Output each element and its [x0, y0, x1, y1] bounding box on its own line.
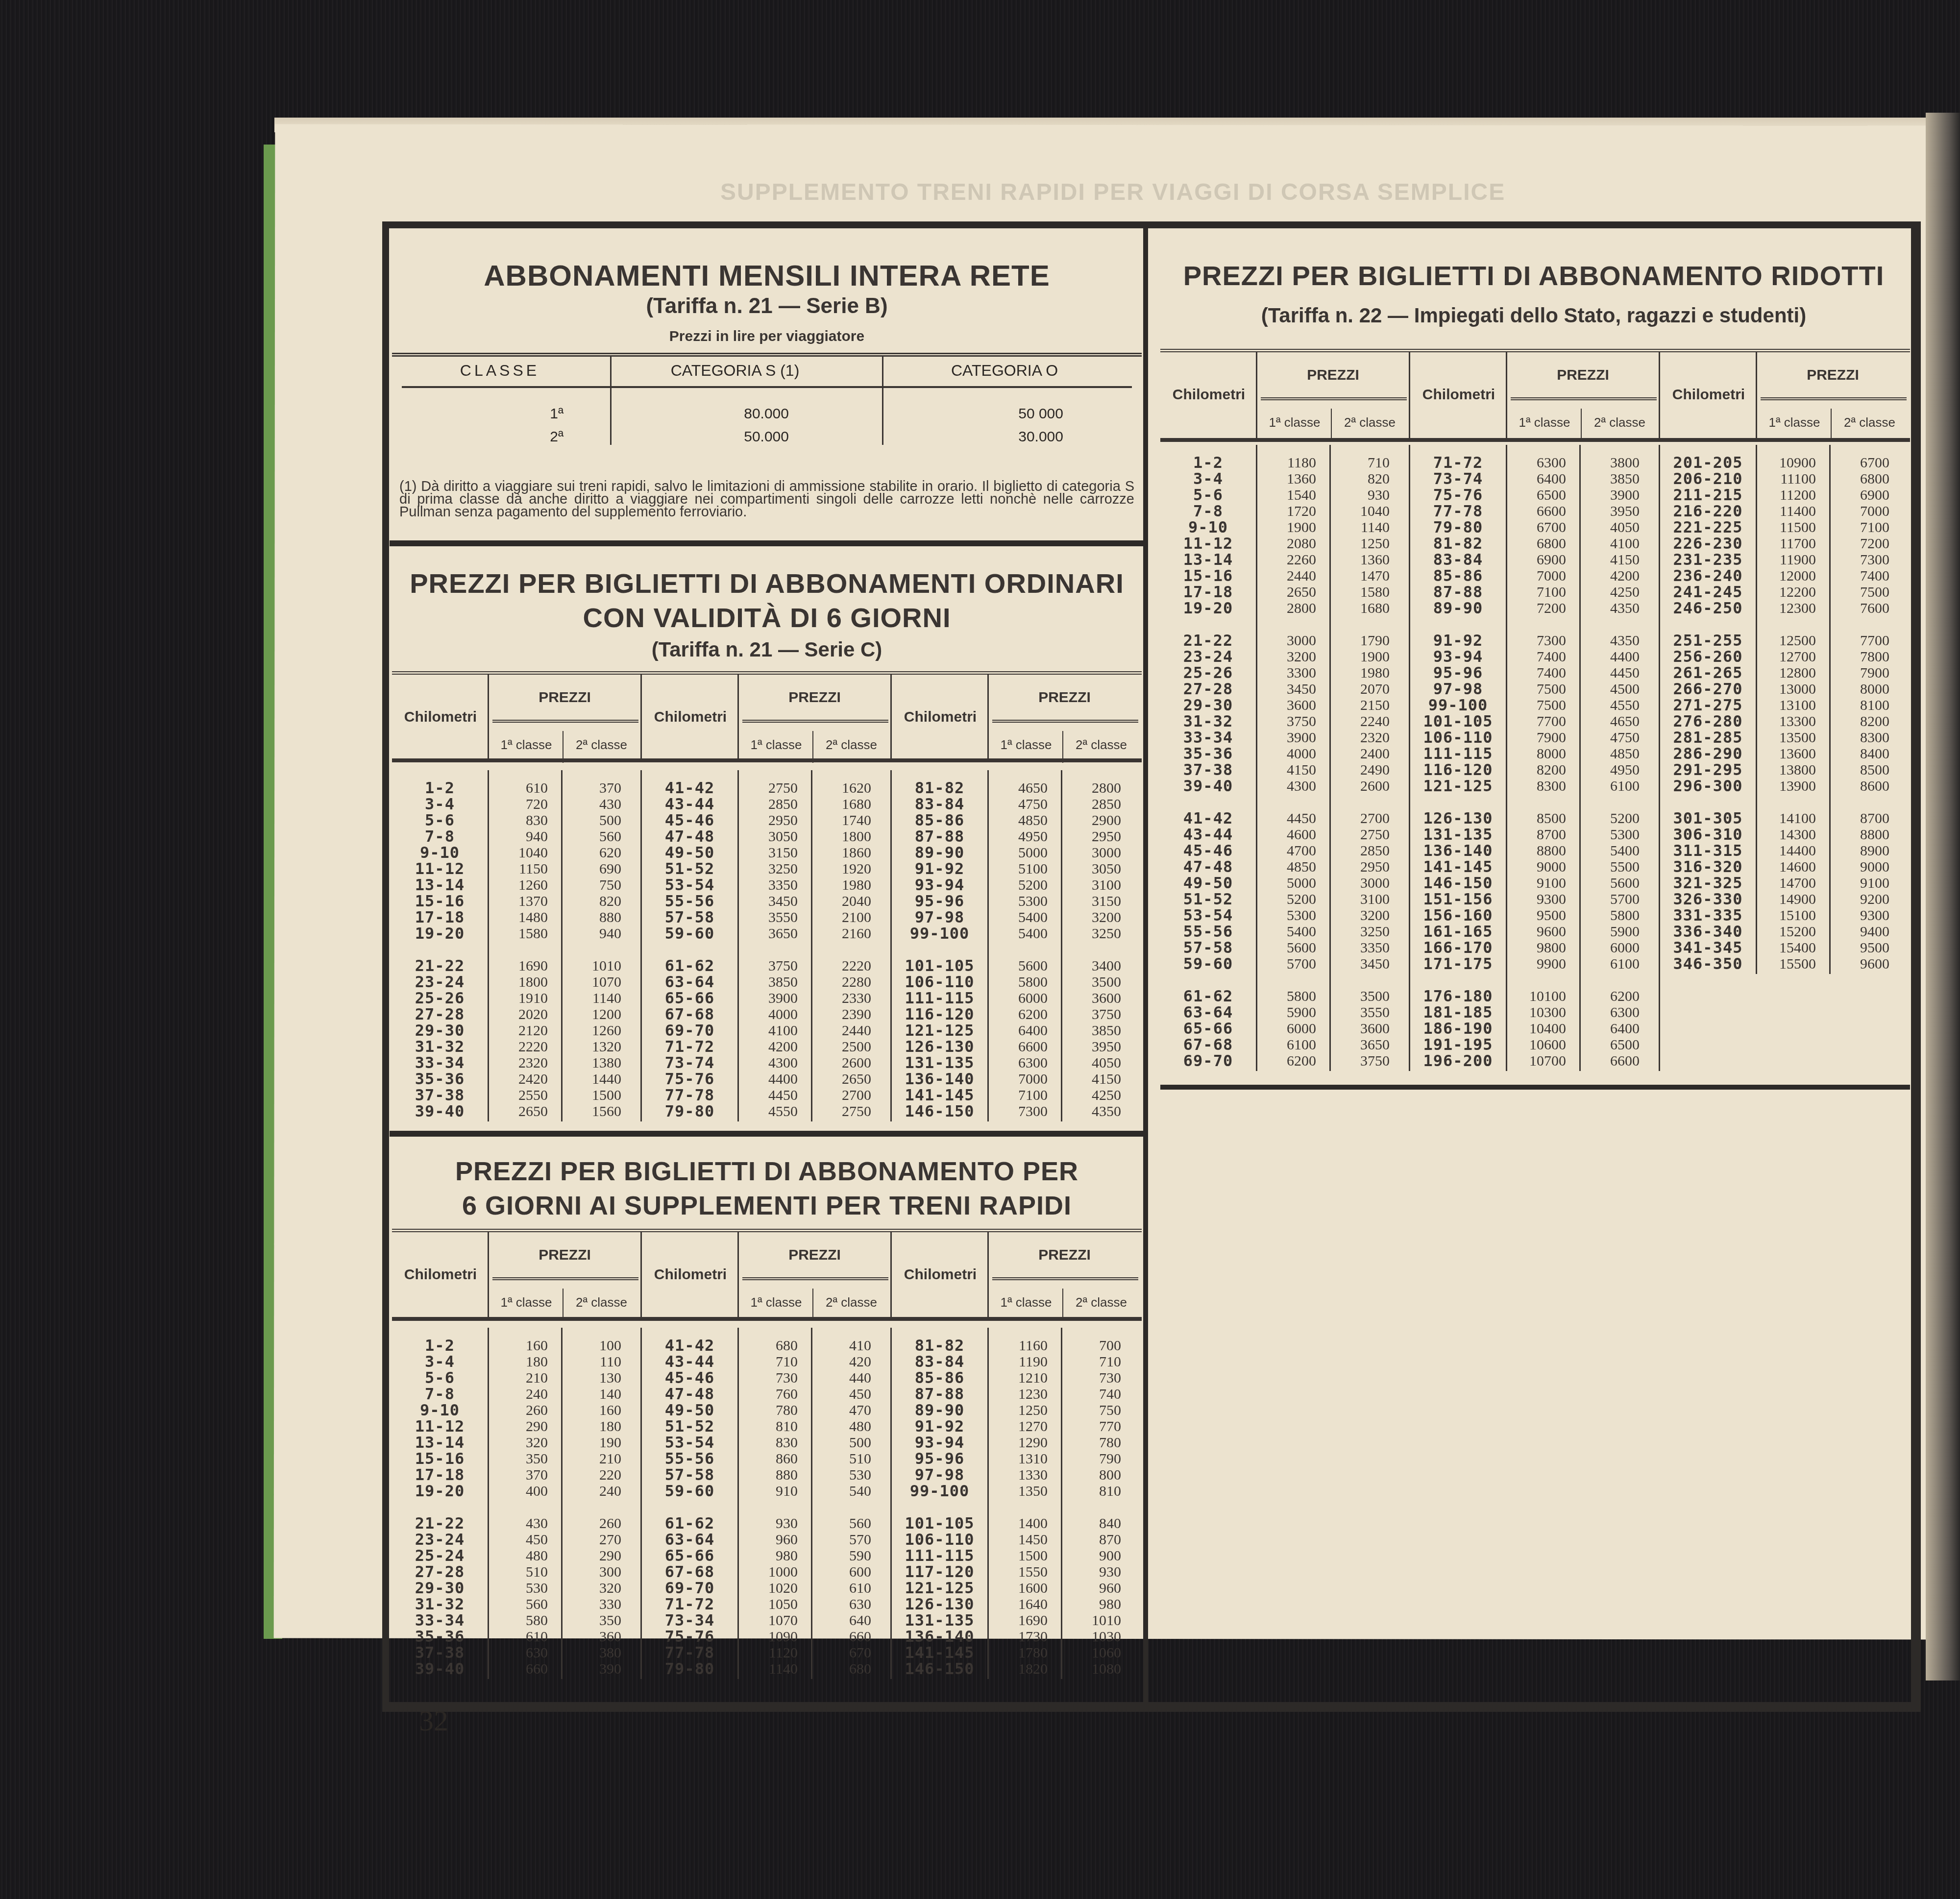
- table-cell: 37-38: [1160, 762, 1256, 778]
- table-cell: 85-86: [892, 812, 987, 828]
- row-spacer: [1660, 616, 1756, 633]
- table-cell: 1550: [990, 1564, 1048, 1580]
- table-cell: 6800: [1508, 536, 1566, 552]
- table-cell: 480: [490, 1548, 548, 1564]
- table-cell: 1360: [1258, 471, 1316, 487]
- table-cell: 43-44: [1160, 827, 1256, 843]
- table-cell: 1260: [490, 877, 548, 893]
- table-cell: 750: [563, 877, 621, 893]
- table-cell: 13100: [1758, 697, 1816, 713]
- table-cell: 1820: [990, 1661, 1048, 1677]
- table-cell: 331-335: [1660, 907, 1756, 924]
- table-cell: 6800: [1832, 471, 1889, 487]
- row-spacer: [642, 1499, 737, 1515]
- table-cell: 3000: [1258, 633, 1316, 649]
- header-2a-classe: 2ª classe: [563, 1295, 639, 1310]
- table-cell: 1400: [990, 1515, 1048, 1532]
- table-cell: 99-100: [1410, 697, 1506, 713]
- table-cell: 2020: [490, 1006, 548, 1023]
- mensili-header-classe: CLASSE: [416, 362, 583, 380]
- table-cell: 1480: [490, 909, 548, 925]
- header-col-rule: [737, 1232, 739, 1317]
- table-cell: 11100: [1758, 471, 1816, 487]
- table-cell: 4850: [1258, 859, 1316, 875]
- table-cell: 1210: [990, 1370, 1048, 1386]
- table-cell: 9-10: [392, 845, 488, 861]
- table-cell: 81-82: [892, 1338, 987, 1354]
- table-cell: 6300: [1508, 455, 1566, 471]
- table-cell: 7000: [1832, 503, 1889, 519]
- table-cell: 260: [563, 1515, 621, 1532]
- table-cell: 730: [1063, 1370, 1121, 1386]
- header-2a-classe: 2ª classe: [563, 737, 639, 753]
- ridotti-table-body: 1-23-45-67-89-1011-1213-1415-1617-1819-2…: [1160, 455, 1910, 1082]
- table-cell: 3050: [1063, 861, 1121, 877]
- row-spacer: [1160, 616, 1256, 633]
- table-cell: 700: [1063, 1338, 1121, 1354]
- table-cell: 1270: [990, 1418, 1048, 1435]
- table-cell: 2160: [813, 925, 871, 942]
- table-cell: 15100: [1758, 907, 1816, 924]
- table-cell: 1680: [1332, 600, 1390, 616]
- table-cell: 13500: [1758, 730, 1816, 746]
- table-cell: 2320: [1332, 730, 1390, 746]
- table-cell: 2600: [1332, 778, 1390, 794]
- table-cell: 69-70: [642, 1580, 737, 1596]
- table-cell: 141-145: [892, 1087, 987, 1103]
- header-col-rule: [737, 675, 739, 758]
- table-cell: 7100: [990, 1087, 1048, 1103]
- table-cell: 11400: [1758, 503, 1816, 519]
- table-cell: 350: [490, 1451, 548, 1467]
- table-cell: 7900: [1508, 730, 1566, 746]
- table-cell: 2400: [1332, 746, 1390, 762]
- table-cell: 660: [813, 1629, 871, 1645]
- table-cell: 9500: [1832, 940, 1889, 956]
- table-cell: 3-4: [1160, 471, 1256, 487]
- table-cell: 3-4: [392, 796, 488, 812]
- table-cell: 7700: [1832, 633, 1889, 649]
- table-cell: 7300: [1832, 552, 1889, 568]
- table-cell: 5200: [1258, 891, 1316, 907]
- table-cell: 330: [563, 1596, 621, 1612]
- table-cell: 5900: [1582, 924, 1640, 940]
- table-cell: 940: [563, 925, 621, 942]
- table-cell: 131-135: [892, 1612, 987, 1629]
- table-cell: 1260: [563, 1023, 621, 1039]
- table-cell: 73-74: [1410, 471, 1506, 487]
- table-cell: 81-82: [1410, 536, 1506, 552]
- table-cell: 8300: [1832, 730, 1889, 746]
- price-1a-column: 6107208309401040115012601370148015801690…: [490, 780, 548, 1120]
- column-rule: [987, 770, 989, 1121]
- table-cell: 2440: [1258, 568, 1316, 584]
- table-cell: 29-30: [392, 1023, 488, 1039]
- price-2a-column: 7007107307407507707807908008108408709009…: [1063, 1338, 1121, 1677]
- table-cell: 4150: [1063, 1071, 1121, 1087]
- header-double-rule: [492, 720, 638, 723]
- table-cell: 830: [490, 812, 548, 828]
- row-spacer: [1832, 616, 1889, 633]
- column-rule: [561, 770, 563, 1121]
- table-cell: 1580: [1332, 584, 1390, 600]
- table-cell: 87-88: [892, 1386, 987, 1402]
- table-cell: 91-92: [892, 1418, 987, 1435]
- header-col-rule: [890, 1232, 892, 1317]
- table-cell: 3850: [740, 974, 798, 990]
- row-spacer: [1758, 794, 1816, 810]
- header-chilometri: Chilometri: [894, 1266, 987, 1283]
- table-cell: 1470: [1332, 568, 1390, 584]
- row-spacer: [813, 1499, 871, 1515]
- table-cell: 2420: [490, 1071, 548, 1087]
- table-cell: 13-14: [392, 877, 488, 893]
- table-cell: 65-66: [642, 1548, 737, 1564]
- table-cell: 5400: [990, 925, 1048, 942]
- table-cell: 6300: [1582, 1004, 1640, 1021]
- table-cell: 6500: [1508, 487, 1566, 503]
- table-cell: 100: [563, 1338, 621, 1354]
- table-cell: 1350: [990, 1483, 1048, 1499]
- row-spacer: [1758, 616, 1816, 633]
- table-cell: 2150: [1332, 697, 1390, 713]
- table-cell: 216-220: [1660, 503, 1756, 519]
- table-cell: 4400: [1582, 649, 1640, 665]
- table-cell: 176-180: [1410, 988, 1506, 1004]
- section-separator: [390, 1131, 1144, 1137]
- table-cell: 59-60: [642, 925, 737, 942]
- mensili-col-divider: [882, 357, 883, 445]
- table-cell: 7400: [1508, 665, 1566, 681]
- row-spacer: [813, 942, 871, 958]
- table-cell: 3200: [1258, 649, 1316, 665]
- table-cell: 5800: [1582, 907, 1640, 924]
- header-1a-classe: 1ª classe: [490, 1295, 563, 1310]
- table-cell: 1980: [813, 877, 871, 893]
- table-cell: 45-46: [642, 1370, 737, 1386]
- table-cell: 39-40: [392, 1103, 488, 1120]
- table-cell: 55-56: [642, 1451, 737, 1467]
- table-cell: 83-84: [892, 1354, 987, 1370]
- table-cell: 350: [563, 1612, 621, 1629]
- row-spacer: [1258, 972, 1316, 988]
- column-rule: [737, 1328, 739, 1679]
- table-cell: 11700: [1758, 536, 1816, 552]
- price-2a-column: 4104204404504704805005105305405605705906…: [813, 1338, 871, 1677]
- table-cell: 1320: [563, 1039, 621, 1055]
- table-cell: 1060: [1063, 1645, 1121, 1661]
- table-cell: 960: [740, 1532, 798, 1548]
- table-cell: 1580: [490, 925, 548, 942]
- table-cell: 1250: [990, 1402, 1048, 1418]
- table-cell: 316-320: [1660, 859, 1756, 875]
- table-cell: 8100: [1832, 697, 1889, 713]
- table-cell: 3500: [1063, 974, 1121, 990]
- table-cell: 7500: [1832, 584, 1889, 600]
- table-cell: 55-56: [642, 893, 737, 909]
- table-cell: 49-50: [642, 845, 737, 861]
- table-cell: 810: [740, 1418, 798, 1435]
- table-cell: 2950: [1332, 859, 1390, 875]
- table-cell: 380: [563, 1645, 621, 1661]
- table-cell: 1800: [813, 828, 871, 845]
- table-cell: 7600: [1832, 600, 1889, 616]
- table-cell: 13000: [1758, 681, 1816, 697]
- table-cell: 2490: [1332, 762, 1390, 778]
- table-cell: 7000: [990, 1071, 1048, 1087]
- table-cell: 5300: [1582, 827, 1640, 843]
- table-cell: 111-115: [892, 1548, 987, 1564]
- row-spacer: [1160, 972, 1256, 988]
- price-2a-column: 2800285029002950300030503100315032003250…: [1063, 780, 1121, 1120]
- table-cell: 3150: [1063, 893, 1121, 909]
- table-cell: 99-100: [892, 1483, 987, 1499]
- table-cell: 6300: [990, 1055, 1048, 1071]
- table-cell: 311-315: [1660, 843, 1756, 859]
- table-cell: 266-270: [1660, 681, 1756, 697]
- table-cell: 980: [740, 1548, 798, 1564]
- table-cell: 59-60: [642, 1483, 737, 1499]
- table-cell: 3400: [1063, 958, 1121, 974]
- table-cell: 2750: [740, 780, 798, 796]
- table-cell: 83-84: [1410, 552, 1506, 568]
- table-cell: 27-28: [392, 1006, 488, 1023]
- table-cell: 730: [740, 1370, 798, 1386]
- table-cell: 1680: [813, 796, 871, 812]
- table-cell: 346-350: [1660, 956, 1756, 972]
- header-prezzi: PREZZI: [990, 689, 1139, 706]
- table-cell: 281-285: [1660, 730, 1756, 746]
- row-spacer: [740, 942, 798, 958]
- table-cell: 166-170: [1410, 940, 1506, 956]
- table-cell: 23-24: [392, 974, 488, 990]
- column-rule: [1579, 445, 1581, 1071]
- table-cell: 13-14: [1160, 552, 1256, 568]
- table-cell: 161-165: [1410, 924, 1506, 940]
- header-chilometri: Chilometri: [644, 709, 737, 726]
- km-column: 81-8283-8485-8687-8889-9091-9293-9495-96…: [892, 780, 987, 1120]
- table-cell: 63-64: [642, 974, 737, 990]
- table-cell: 6700: [1508, 519, 1566, 536]
- table-cell: 8500: [1508, 810, 1566, 827]
- table-cell: 10400: [1508, 1021, 1566, 1037]
- table-cell: 2850: [740, 796, 798, 812]
- table-cell: 1140: [1332, 519, 1390, 536]
- table-cell: 8300: [1508, 778, 1566, 794]
- table-cell: 121-125: [892, 1580, 987, 1596]
- table-cell: 3250: [740, 861, 798, 877]
- table-cell: 1910: [490, 990, 548, 1006]
- mensili-row-1-cat-s: 80.000: [686, 406, 789, 422]
- table-cell: 3850: [1582, 471, 1640, 487]
- table-cell: 680: [740, 1338, 798, 1354]
- table-cell: 131-135: [892, 1055, 987, 1071]
- table-cell: 9900: [1508, 956, 1566, 972]
- row-spacer: [1332, 794, 1390, 810]
- table-cell: 3050: [740, 828, 798, 845]
- table-cell: 6000: [1258, 1021, 1316, 1037]
- table-cell: 3650: [1332, 1037, 1390, 1053]
- table-cell: 37-38: [392, 1645, 488, 1661]
- table-cell: 860: [740, 1451, 798, 1467]
- table-cell: 15-16: [1160, 568, 1256, 584]
- table-cell: 3350: [740, 877, 798, 893]
- table-cell: 201-205: [1660, 455, 1756, 471]
- table-cell: 53-54: [1160, 907, 1256, 924]
- table-cell: 5900: [1258, 1004, 1316, 1021]
- table-cell: 186-190: [1410, 1021, 1506, 1037]
- table-cell: 6500: [1582, 1037, 1640, 1053]
- table-cell: 9300: [1508, 891, 1566, 907]
- table-cell: 4050: [1063, 1055, 1121, 1071]
- table-cell: 2040: [813, 893, 871, 909]
- table-cell: 31-32: [1160, 713, 1256, 730]
- table-cell: 45-46: [1160, 843, 1256, 859]
- table-cell: 19-20: [392, 925, 488, 942]
- table-cell: 95-96: [892, 1451, 987, 1467]
- table-cell: 610: [490, 1629, 548, 1645]
- table-cell: 31-32: [392, 1596, 488, 1612]
- table-cell: 900: [1063, 1548, 1121, 1564]
- table-cell: 2390: [813, 1006, 871, 1023]
- header-prezzi: PREZZI: [490, 1247, 639, 1264]
- table-cell: 180: [563, 1418, 621, 1435]
- mensili-subtitle: (Tariffa n. 21 — Serie B): [392, 294, 1142, 318]
- table-cell: 3-4: [392, 1354, 488, 1370]
- table-cell: 4550: [740, 1103, 798, 1120]
- table-cell: 1030: [1063, 1629, 1121, 1645]
- table-cell: 1080: [1063, 1661, 1121, 1677]
- header-1a-classe: 1ª classe: [740, 1295, 812, 1310]
- table-cell: 450: [490, 1532, 548, 1548]
- row-spacer: [392, 1499, 488, 1515]
- table-cell: 5600: [990, 958, 1048, 974]
- table-cell: 37-38: [392, 1087, 488, 1103]
- table-cell: 140: [563, 1386, 621, 1402]
- table-cell: 3250: [1332, 924, 1390, 940]
- table-cell: 2700: [1332, 810, 1390, 827]
- table-cell: 4850: [1582, 746, 1640, 762]
- table-cell: 95-96: [1410, 665, 1506, 681]
- table-cell: 77-78: [642, 1087, 737, 1103]
- table-cell: 146-150: [892, 1661, 987, 1677]
- header-2a-classe: 2ª classe: [1332, 415, 1408, 430]
- table-cell: 370: [563, 780, 621, 796]
- table-cell: 240: [490, 1386, 548, 1402]
- table-cell: 93-94: [1410, 649, 1506, 665]
- table-cell: 190: [563, 1435, 621, 1451]
- table-cell: 6000: [990, 990, 1048, 1006]
- table-cell: 420: [813, 1354, 871, 1370]
- table-cell: 4650: [990, 780, 1048, 796]
- table-cell: 85-86: [892, 1370, 987, 1386]
- table-cell: 4350: [1582, 600, 1640, 616]
- table-cell: 7400: [1508, 649, 1566, 665]
- header-1a-classe: 1ª classe: [990, 1295, 1062, 1310]
- table-cell: 4050: [1582, 519, 1640, 536]
- header-col-rule: [640, 675, 642, 758]
- table-cell: 75-76: [642, 1629, 737, 1645]
- table-cell: 271-275: [1660, 697, 1756, 713]
- table-cell: 320: [490, 1435, 548, 1451]
- table-cell: 2500: [813, 1039, 871, 1055]
- header-prezzi: PREZZI: [990, 1247, 1139, 1264]
- table-cell: 89-90: [892, 1402, 987, 1418]
- table-cell: 1140: [740, 1661, 798, 1677]
- header-col-rule: [987, 1232, 989, 1317]
- table-cell: 2650: [813, 1071, 871, 1087]
- price-1a-column: 2750285029503050315032503350345035503650…: [740, 780, 798, 1120]
- table-cell: 2070: [1332, 681, 1390, 697]
- table-cell: 1720: [1258, 503, 1316, 519]
- table-cell: 69-70: [642, 1023, 737, 1039]
- table-cell: 1600: [990, 1580, 1048, 1596]
- table-cell: 770: [1063, 1418, 1121, 1435]
- table-cell: 4200: [1582, 568, 1640, 584]
- table-cell: 15-16: [392, 893, 488, 909]
- table-cell: 4100: [740, 1023, 798, 1039]
- table-cell: 820: [1332, 471, 1390, 487]
- table-cell: 270: [563, 1532, 621, 1548]
- table-cell: 1070: [740, 1612, 798, 1629]
- table-cell: 3950: [1582, 503, 1640, 519]
- header-prezzi: PREZZI: [1758, 367, 1908, 384]
- table-cell: 7200: [1832, 536, 1889, 552]
- table-cell: 10100: [1508, 988, 1566, 1004]
- column-rule: [1061, 770, 1062, 1121]
- table-cell: 9000: [1508, 859, 1566, 875]
- row-spacer: [1063, 942, 1121, 958]
- ordinari-title-line1: PREZZI PER BIGLIETTI DI ABBONAMENTI ORDI…: [392, 567, 1142, 599]
- table-cell: 2600: [813, 1055, 871, 1071]
- table-cell: 341-345: [1660, 940, 1756, 956]
- table-cell: 57-58: [642, 1467, 737, 1483]
- table-cell: 326-330: [1660, 891, 1756, 907]
- header-prezzi: PREZZI: [490, 689, 639, 706]
- table-cell: 600: [813, 1564, 871, 1580]
- table-cell: 1440: [563, 1071, 621, 1087]
- table-cell: 45-46: [642, 812, 737, 828]
- price-2a-column: 1001101301401601801902102202402602702903…: [563, 1338, 621, 1677]
- table-cell: 296-300: [1660, 778, 1756, 794]
- header-col-rule: [1506, 352, 1507, 438]
- table-cell: 9400: [1832, 924, 1889, 940]
- table-cell: 141-145: [1410, 859, 1506, 875]
- table-cell: 1040: [490, 845, 548, 861]
- table-cell: 13300: [1758, 713, 1816, 730]
- table-cell: 8900: [1832, 843, 1889, 859]
- table-cell: 6700: [1832, 455, 1889, 471]
- table-cell: 1310: [990, 1451, 1048, 1467]
- table-cell: 5600: [1582, 875, 1640, 891]
- section-supplementi: PREZZI PER BIGLIETTI DI ABBONAMENTO PER …: [392, 1142, 1142, 1240]
- table-cell: 7500: [1508, 681, 1566, 697]
- table-cell: 2850: [1332, 843, 1390, 859]
- table-cell: 740: [1063, 1386, 1121, 1402]
- supplementi-title-line1: PREZZI PER BIGLIETTI DI ABBONAMENTO PER: [392, 1156, 1142, 1187]
- table-cell: 7100: [1508, 584, 1566, 600]
- table-cell: 1140: [563, 990, 621, 1006]
- table-cell: 1150: [490, 861, 548, 877]
- table-cell: 3550: [740, 909, 798, 925]
- supplementi-title-line2: 6 GIORNI AI SUPPLEMENTI PER TRENI RAPIDI: [392, 1191, 1142, 1221]
- table-cell: 710: [1332, 455, 1390, 471]
- row-spacer: [990, 942, 1048, 958]
- column-rule: [1829, 445, 1831, 974]
- table-cell: 750: [1063, 1402, 1121, 1418]
- header-chilometri: Chilometri: [394, 1266, 487, 1283]
- section-ridotti: PREZZI PER BIGLIETTI DI ABBONAMENTO RIDO…: [1151, 230, 1916, 353]
